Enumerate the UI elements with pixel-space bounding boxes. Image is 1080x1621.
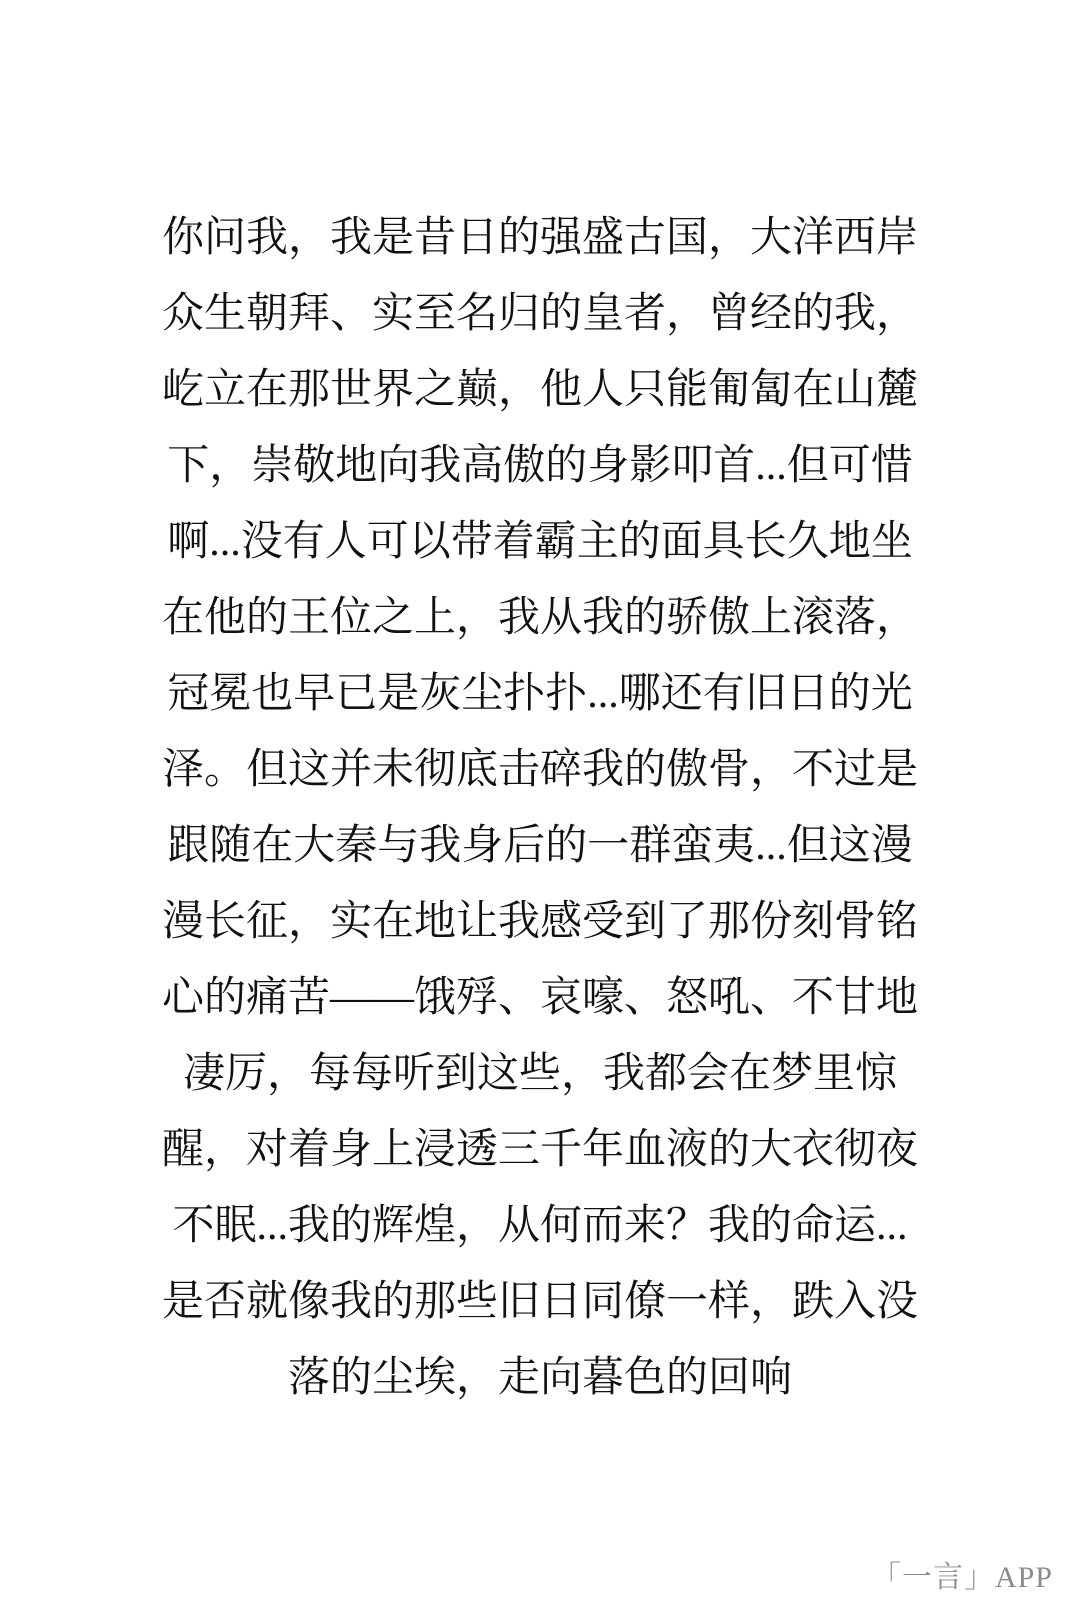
quote-line: 在他的王位之上，我从我的骄傲上滚落， bbox=[130, 580, 950, 656]
quote-line: 你问我，我是昔日的强盛古国，大洋西岸 bbox=[130, 200, 950, 276]
quote-line: 不眠...我的辉煌，从何而来？我的命运... bbox=[130, 1188, 950, 1264]
quote-line: 落的尘埃，走向暮色的回响 bbox=[130, 1340, 950, 1416]
quote-line: 冠冕也早已是灰尘扑扑...哪还有旧日的光 bbox=[130, 656, 950, 732]
hitokoto-app-watermark: 「一言」APP bbox=[871, 1561, 1053, 1595]
quote-line: 是否就像我的那些旧日同僚一样，跌入没 bbox=[130, 1264, 950, 1340]
quote-line: 心的痛苦——饿殍、哀嚎、怒吼、不甘地 bbox=[130, 960, 950, 1036]
quote-line: 跟随在大秦与我身后的一群蛮夷...但这漫 bbox=[130, 808, 950, 884]
quote-card-page: 你问我，我是昔日的强盛古国，大洋西岸 众生朝拜、实至名归的皇者，曾经的我， 屹立… bbox=[0, 0, 1080, 1621]
quote-line: 漫长征，实在地让我感受到了那份刻骨铭 bbox=[130, 884, 950, 960]
quote-line: 泽。但这并未彻底击碎我的傲骨，不过是 bbox=[130, 732, 950, 808]
quote-line: 醒，对着身上浸透三千年血液的大衣彻夜 bbox=[130, 1112, 950, 1188]
quote-line: 啊...没有人可以带着霸主的面具长久地坐 bbox=[130, 504, 950, 580]
quote-line: 屹立在那世界之巅，他人只能匍匐在山麓 bbox=[130, 352, 950, 428]
quote-line: 下，崇敬地向我高傲的身影叩首...但可惜 bbox=[130, 428, 950, 504]
quote-line: 凄厉，每每听到这些，我都会在梦里惊 bbox=[130, 1036, 950, 1112]
quote-text-block: 你问我，我是昔日的强盛古国，大洋西岸 众生朝拜、实至名归的皇者，曾经的我， 屹立… bbox=[130, 200, 950, 1416]
quote-line: 众生朝拜、实至名归的皇者，曾经的我， bbox=[130, 276, 950, 352]
